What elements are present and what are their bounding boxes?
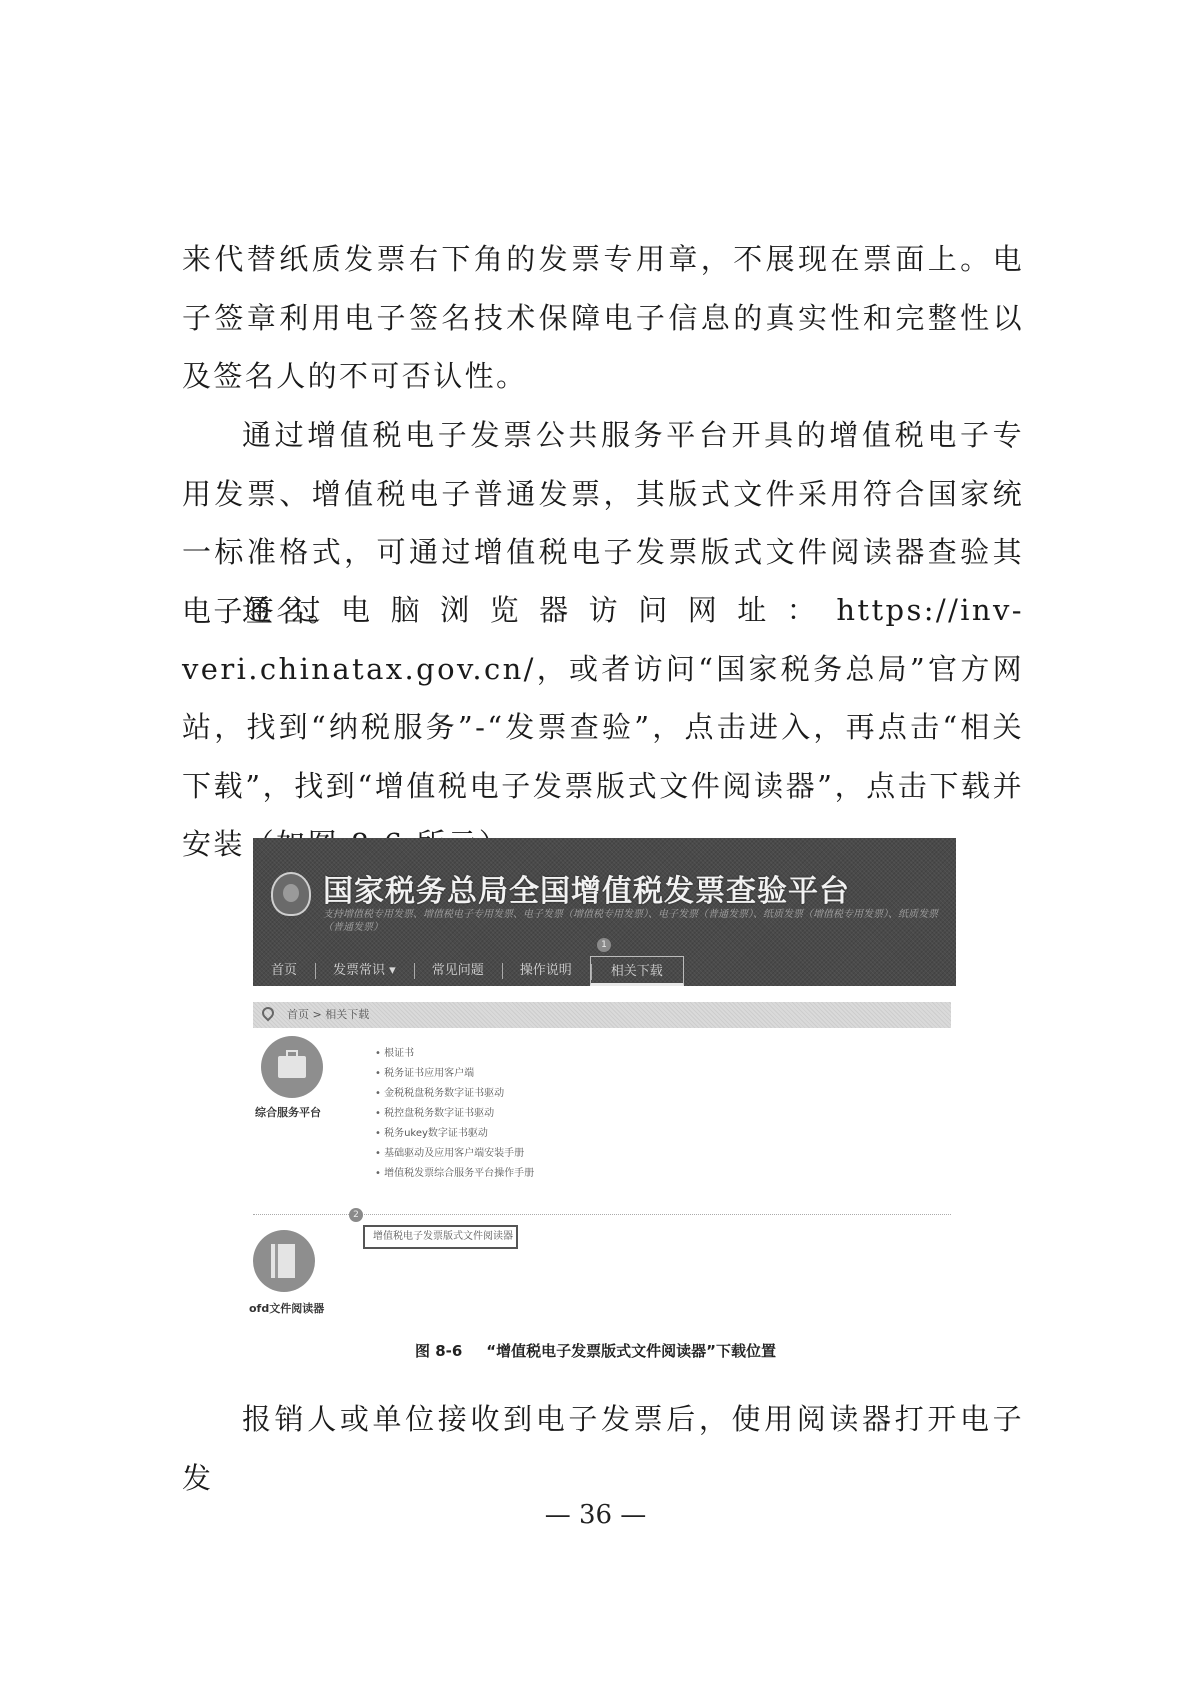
figure-title: “增值税电子发票版式文件阅读器”下载位置: [486, 1342, 776, 1360]
nav-item-downloads-label: 相关下载: [611, 964, 663, 979]
section-label-service-platform: 综合服务平台: [255, 1104, 321, 1120]
download-list-service-platform: 根证书 税务证书应用客户端 金税税盘税务数字证书驱动 税控盘税务数字证书驱动 税…: [375, 1044, 534, 1184]
download-link[interactable]: 金税税盘税务数字证书驱动: [375, 1084, 534, 1104]
tax-emblem-icon: [271, 872, 311, 916]
download-link-ofd-reader[interactable]: 增值税电子发票版式文件阅读器: [363, 1225, 518, 1249]
paragraph-1-text: 来代替纸质发票右下角的发票专用章，不展现在票面上。电子签章利用电子签名技术保障电…: [182, 230, 1024, 406]
breadcrumb: 首页 > 相关下载: [253, 1002, 951, 1028]
figure-caption: 图 8-6“增值税电子发票版式文件阅读器”下载位置: [0, 1340, 1191, 1361]
nav-item-home[interactable]: 首页: [253, 956, 315, 986]
download-link[interactable]: 增值税发票综合服务平台操作手册: [375, 1164, 534, 1184]
chevron-down-icon: ▾: [389, 963, 396, 978]
paragraph-4: 报销人或单位接收到电子发票后，使用阅读器打开电子发: [182, 1390, 1024, 1507]
site-title: 国家税务总局全国增值税发票查验平台: [323, 866, 850, 910]
figure-number: 图 8-6: [415, 1342, 462, 1360]
nav-item-invoice-knowledge[interactable]: 发票常识 ▾: [315, 956, 414, 986]
main-nav: 首页 发票常识 ▾ 常见问题 操作说明 相关下载: [253, 956, 956, 986]
download-link[interactable]: 税务证书应用客户端: [375, 1064, 534, 1084]
nav-item-downloads[interactable]: 相关下载: [590, 956, 684, 986]
location-pin-icon: [260, 1005, 277, 1022]
site-header-banner: 国家税务总局全国增值税发票查验平台 支持增值税专用发票、增值税电子专用发票、电子…: [253, 838, 956, 986]
nav-item-faq[interactable]: 常见问题: [414, 956, 502, 986]
site-subtitle: 支持增值税专用发票、增值税电子专用发票、电子发票（增值税专用发票）、电子发票（普…: [323, 908, 943, 934]
download-link[interactable]: 根证书: [375, 1044, 534, 1064]
download-link[interactable]: 税务ukey数字证书驱动: [375, 1124, 534, 1144]
nav-item-home-label: 首页: [271, 963, 297, 978]
page-number: — 36 —: [0, 1500, 1191, 1530]
briefcase-circle-icon[interactable]: [261, 1036, 323, 1098]
book-icon: [271, 1244, 295, 1278]
step-marker-2: 2: [349, 1208, 363, 1222]
book-circle-icon[interactable]: [253, 1230, 315, 1292]
paragraph-3: 通过电脑浏览器访问网址：https://inv-veri.chinatax.go…: [182, 581, 1024, 874]
download-link[interactable]: 基础驱动及应用客户端安装手册: [375, 1144, 534, 1164]
step-marker-1: 1: [597, 938, 611, 952]
breadcrumb-text[interactable]: 首页 > 相关下载: [287, 1002, 369, 1028]
paragraph-1: 来代替纸质发票右下角的发票专用章，不展现在票面上。电子签章利用电子签名技术保障电…: [182, 230, 1024, 406]
figure-screenshot: 国家税务总局全国增值税发票查验平台 支持增值税专用发票、增值税电子专用发票、电子…: [253, 838, 956, 1328]
paragraph-4-text: 报销人或单位接收到电子发票后，使用阅读器打开电子发: [182, 1390, 1024, 1507]
nav-item-instructions[interactable]: 操作说明: [502, 956, 590, 986]
nav-item-instructions-label: 操作说明: [520, 963, 572, 978]
download-link-ofd-reader-label: 增值税电子发票版式文件阅读器: [373, 1231, 513, 1242]
nav-item-invoice-knowledge-label: 发票常识: [333, 963, 385, 978]
paragraph-3-text: 通过电脑浏览器访问网址：https://inv-veri.chinatax.go…: [182, 581, 1024, 874]
download-link[interactable]: 税控盘税务数字证书驱动: [375, 1104, 534, 1124]
briefcase-icon: [278, 1056, 306, 1078]
nav-item-faq-label: 常见问题: [432, 963, 484, 978]
section-label-ofd-reader: ofd文件阅读器: [249, 1300, 324, 1316]
